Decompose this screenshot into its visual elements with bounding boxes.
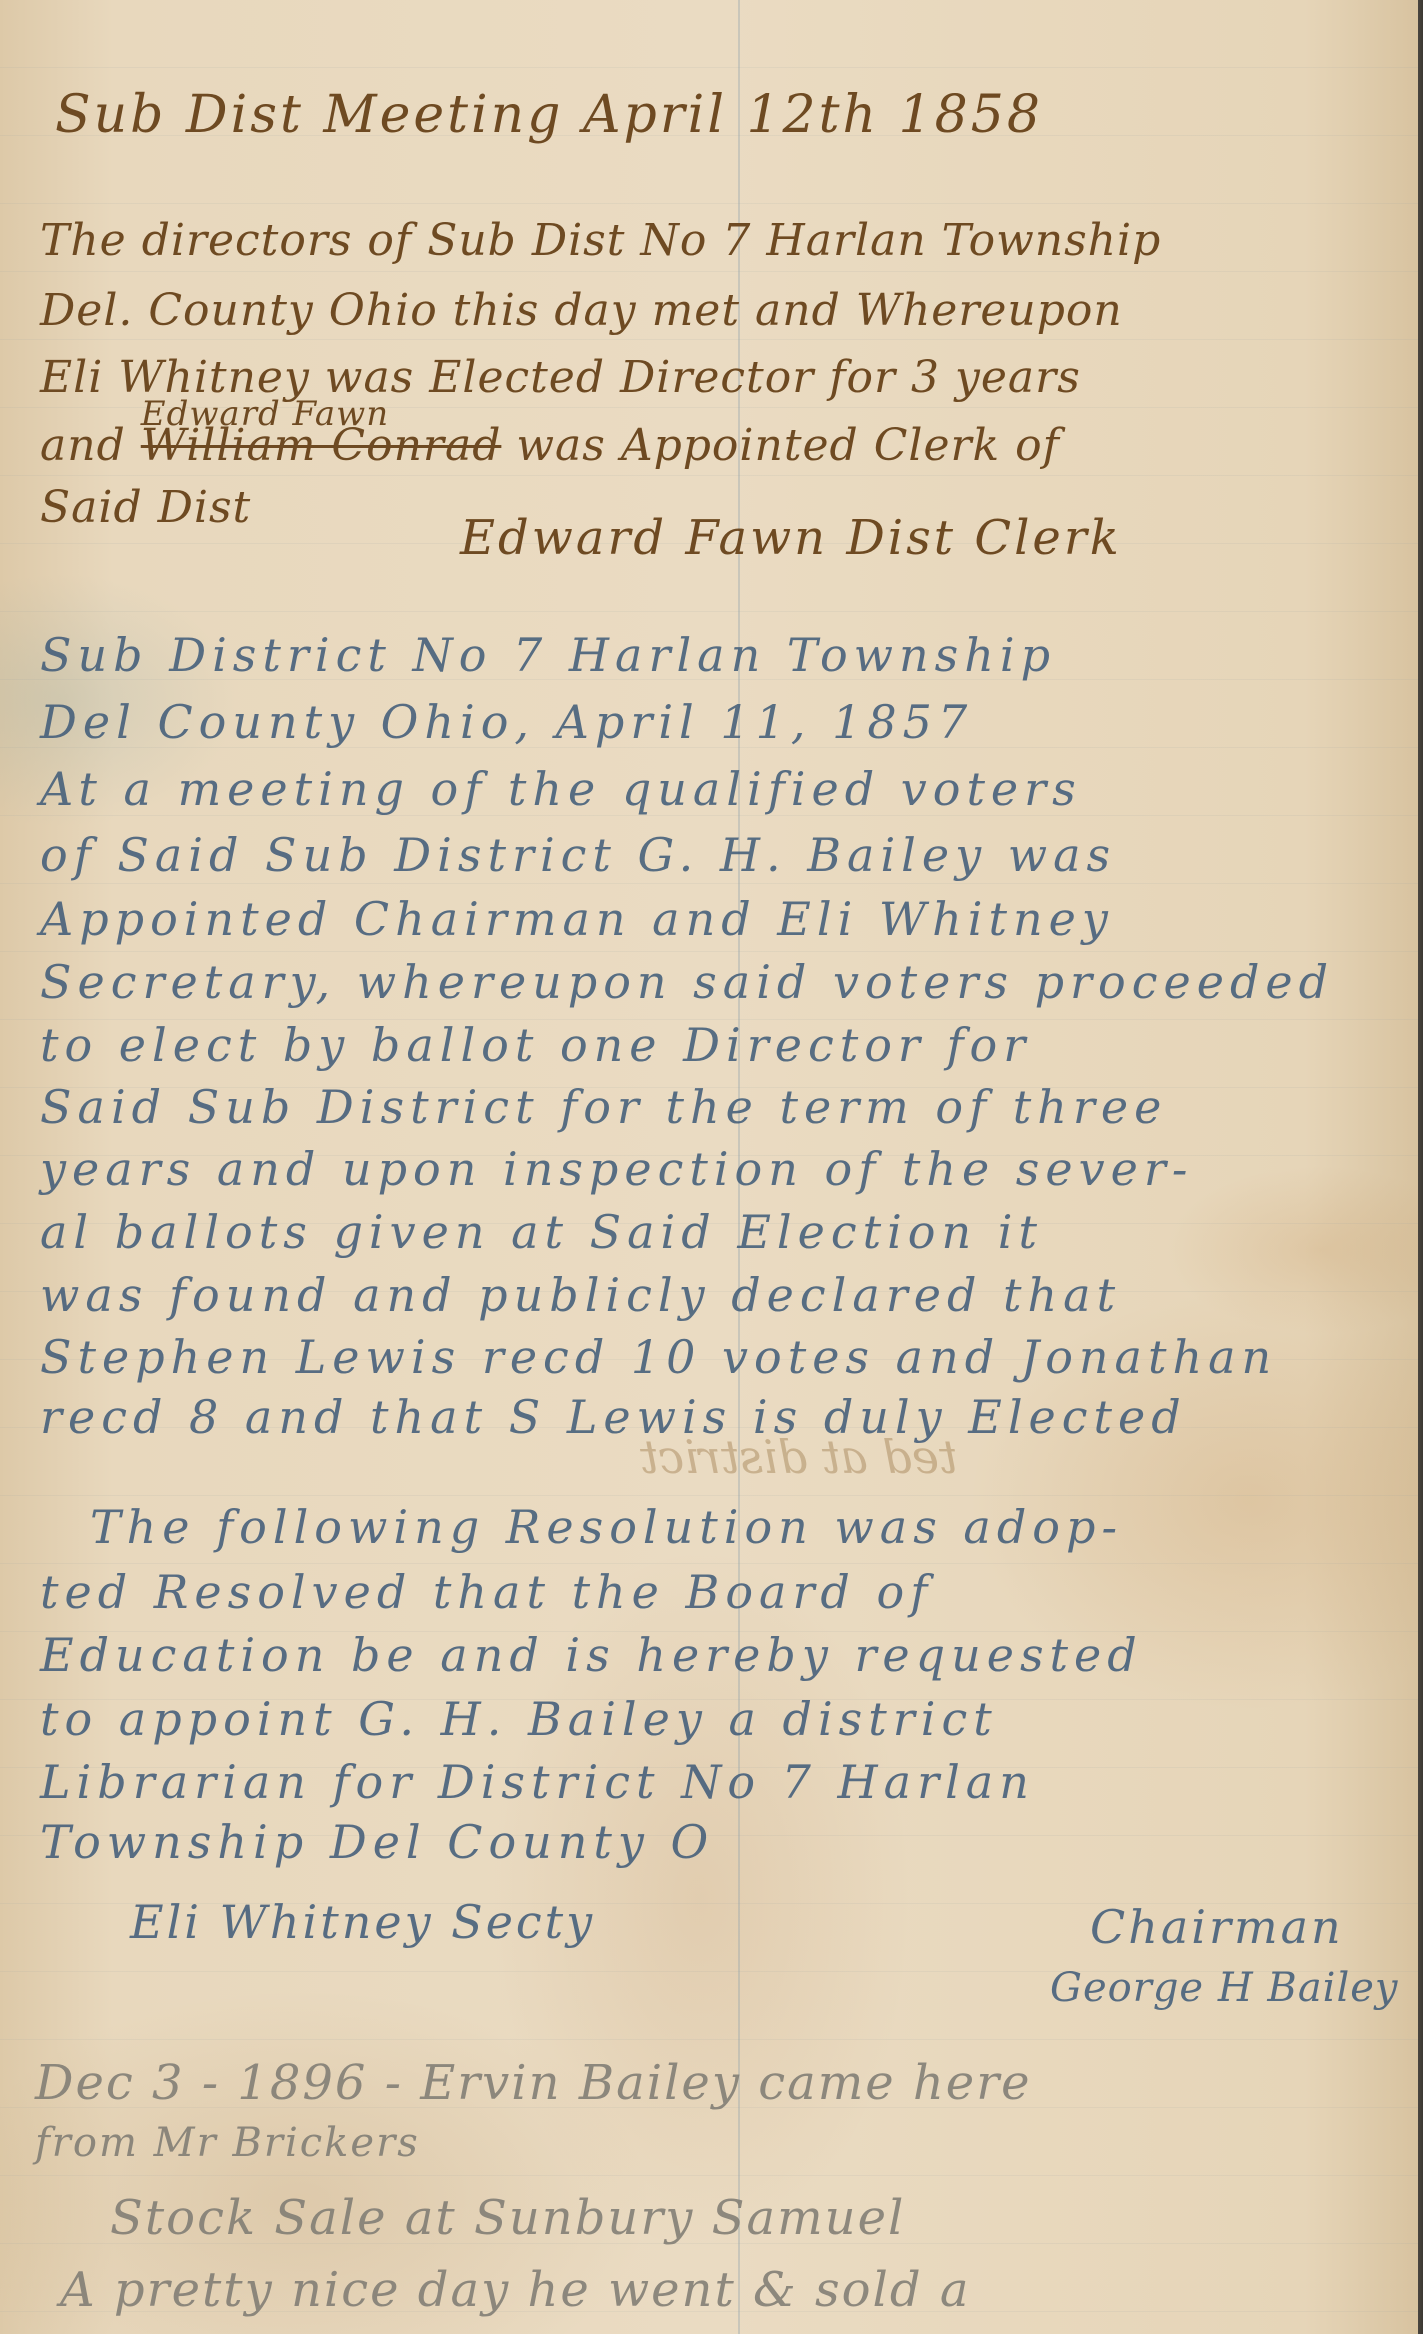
- entry-1858-line-5: Said Dist: [40, 482, 251, 533]
- entry-1857-line: Del County Ohio, April 11, 1857: [40, 695, 973, 749]
- entry-1857-line: was found and publicly declared that: [40, 1268, 1121, 1322]
- entry-1857-line: years and upon inspection of the sever-: [40, 1142, 1193, 1196]
- entry-1857-line: to elect by ballot one Director for: [40, 1018, 1031, 1072]
- entry-1857-line: Secretary, whereupon said voters proceed…: [40, 955, 1334, 1009]
- document-page: Sub Dist Meeting April 12th 1858 The dir…: [0, 0, 1418, 2334]
- entry-1858-line-4: and Edward Fawn William Conrad was Appoi…: [40, 420, 1060, 471]
- pencil-note-line: from Mr Brickers: [35, 2120, 420, 2166]
- entry-1857-line: Librarian for District No 7 Harlan: [40, 1755, 1035, 1809]
- bleed-through-text: ted at district: [640, 1430, 958, 1484]
- entry-1857-line: Said Sub District for the term of three: [40, 1080, 1167, 1134]
- scan-border: [1418, 0, 1423, 2334]
- inserted-name: Edward Fawn: [141, 394, 389, 434]
- entry-1857-line: The following Resolution was adop-: [90, 1500, 1123, 1554]
- entry-1857-line: Appointed Chairman and Eli Whitney: [40, 892, 1114, 946]
- chairman-label: Chairman: [1090, 1900, 1344, 1954]
- entry-1858-line-2: Del. County Ohio this day met and Whereu…: [40, 285, 1123, 336]
- entry-1857-line: ted Resolved that the Board of: [40, 1565, 933, 1619]
- entry-1857-line: Sub District No 7 Harlan Township: [40, 628, 1056, 682]
- clerk-signature: Edward Fawn Dist Clerk: [460, 510, 1122, 566]
- entry-1857-line: of Said Sub District G. H. Bailey was: [40, 828, 1116, 882]
- secretary-signature: Eli Whitney Secty: [130, 1895, 595, 1949]
- entry-1857-line: At a meeting of the qualified voters: [40, 762, 1082, 816]
- pencil-note-line: Stock Sale at Sunbury Samuel: [110, 2190, 905, 2246]
- pencil-note-line: A pretty nice day he went & sold a: [60, 2262, 970, 2318]
- chairman-signature: George H Bailey: [1050, 1965, 1399, 2011]
- line-4-prefix: and: [40, 420, 126, 471]
- entry-1857-line: Township Del County O: [40, 1815, 714, 1869]
- name-correction: Edward Fawn William Conrad: [141, 420, 517, 471]
- pencil-note-line: Dec 3 - 1896 - Ervin Bailey came here: [35, 2055, 1032, 2111]
- entry-1857-line: recd 8 and that S Lewis is duly Elected: [40, 1390, 1187, 1444]
- entry-1857-line: al ballots given at Said Election it: [40, 1205, 1043, 1259]
- entry-1858-line-1: The directors of Sub Dist No 7 Harlan To…: [40, 215, 1161, 266]
- entry-1857-line: Education be and is hereby requested: [40, 1628, 1143, 1682]
- entry-1857-line: Stephen Lewis recd 10 votes and Jonathan: [40, 1330, 1277, 1384]
- entry-1858-heading: Sub Dist Meeting April 12th 1858: [55, 85, 1043, 145]
- line-4-text: was Appointed Clerk of: [516, 420, 1060, 471]
- entry-1857-line: to appoint G. H. Bailey a district: [40, 1692, 998, 1746]
